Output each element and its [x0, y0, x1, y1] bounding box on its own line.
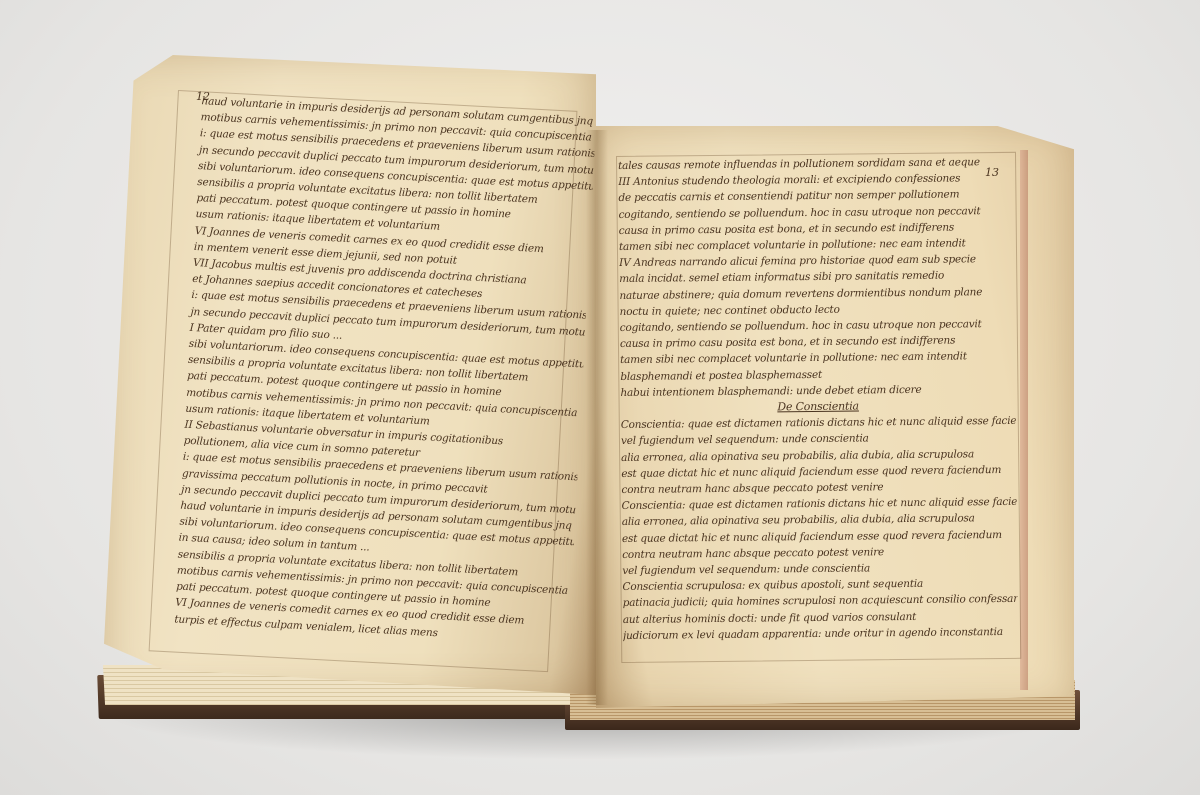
text-line: judiciorum ex levi quadam apparentia: un…: [623, 624, 1018, 644]
right-page-text: tales causas remote influendas in pollut…: [618, 154, 1018, 658]
red-page-edge: [1020, 150, 1028, 690]
left-page-text: haud voluntarie in impuris desiderijs ad…: [151, 92, 597, 673]
